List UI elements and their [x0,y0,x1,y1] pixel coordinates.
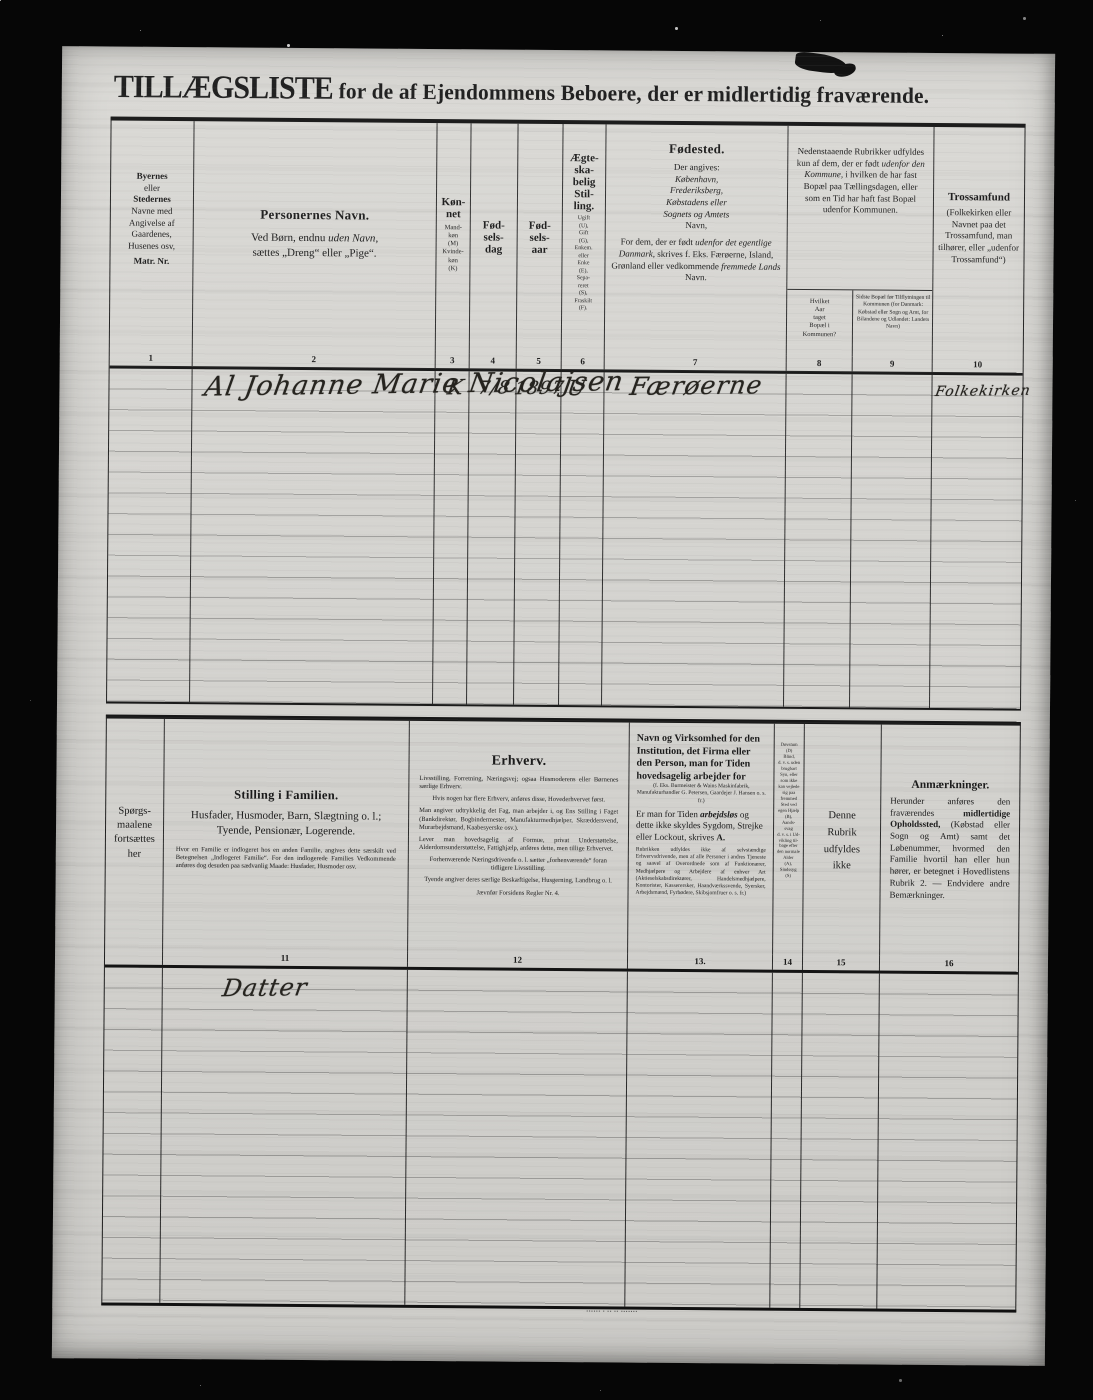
col12-paragraph: Jævnfør Forsidens Regler Nr. 4. [418,889,617,899]
col-header-erhverv: Erhverv. Livsstilling, Forretning, Nærin… [408,721,630,954]
table1-data-area [107,369,1023,709]
col1-line: Stedernes [115,194,189,206]
scanner-dust-specks [0,0,1,1]
col7-sub: For dem, der er født [621,237,696,248]
col5-head: Fød- sels- aar [518,220,562,256]
col12-paragraph: Tyende angiver deres særlige Beskæftigel… [419,876,618,886]
census-form-sheet: TILLÆGSLISTE for de af Ejendommens Beboe… [52,46,1055,1366]
table1-col6-cells [559,372,605,705]
table2-col16-cells [877,974,1018,1310]
col7-sub-italic: fremmede Lands [721,261,780,271]
col-number-7: 7 [605,354,787,370]
printer-mark: ▪▪▪▪▪▪ ▪ ▪▪ ▪▪ ▪▪▪▪▪▪▪ [472,1307,752,1314]
col12-paragraph: Hvis nogen har flere Erhverv, anføres di… [419,795,618,805]
col-number-3: 3 [436,353,470,368]
col12-head: Erhverv. [420,753,619,771]
col7-sub: Navn, [610,220,783,233]
col-header-aar-taget-bopael: Hvilket Aar taget Bopæl i Kommunen? [787,290,854,357]
col-number-9: 9 [853,356,933,372]
col1-line: Navne med Angivelse af Gaardenes, Husene… [115,206,189,253]
col2-sub: , [375,233,378,245]
table1-col10-cells [930,375,1023,709]
col11-fine-print: Hvor en Familie er indlogeret hos en and… [168,846,404,872]
col16-body: (Købstad eller Sogn og Amt) samt det Løb… [889,819,1010,899]
table2-col11-cells [160,968,408,1305]
col-number-8: 8 [787,356,853,372]
col10-sub: (Folkekirken eller Navnet paa det Trossa… [937,207,1019,266]
col-header-group-8-9: Nedenstaaende Rubrikker udfyldes kun af … [787,126,935,357]
col12-paragraph: Forhenværende Næringsdrivende o. l. sætt… [419,856,618,874]
col-number-16: 16 [880,956,1018,972]
table2-col13-cells [625,972,773,1308]
page-title-emphasis: midlertidig fraværende. [707,81,929,109]
col12-paragraph: Man angiver udtrykkelig det Fag, man arb… [419,807,618,833]
col-header-udfyldes-ikke: Denne Rubrik udfyldes ikke [803,724,882,956]
table1-col8-cells [784,374,853,708]
col-number-15: 15 [803,955,880,971]
table-persons-lower: Spørgs- maalene fortsættes her Stilling … [101,714,1021,1312]
table2-header-row: Spørgs- maalene fortsættes her Stilling … [105,718,1020,956]
col-number-4: 4 [470,353,517,368]
page-title: TILLÆGSLISTE for de af Ejendommens Beboe… [114,69,999,112]
col2-head: Personernes Navn. [198,206,432,224]
col-number-12: 12 [408,952,628,969]
col-header-trossamfund: Trossamfund (Folkekirken eller Navnet pa… [933,127,1025,358]
table1-header-row: Byernes eller Stedernes Navne med Angive… [110,121,1025,358]
handwritten-birth-year: 1897 [513,378,566,400]
col-header-foedselsaar: Fød- sels- aar [517,124,564,354]
handwritten-sex: K [446,375,467,399]
col14-micro-text: Døvstum (D) Blind, d. v. s. uden brugbar… [774,742,804,880]
col1-line: Byernes [115,171,189,183]
col4-head: Fød- sels- dag [471,219,517,255]
table1-col1-cells [107,369,193,703]
col-number-1: 1 [110,351,193,367]
col-number-2: 2 [193,351,436,368]
table1-col2-cells [190,369,436,704]
col-header-handicap-koder: Døvstum (D) Blind, d. v. s. uden brugbar… [773,724,805,955]
col-number-11: 11 [163,950,408,967]
col3-sub: Mand- køn (M) Kvinde- køn (K) [436,224,469,273]
col6-sub: Ugift (U), Gift (G), Enkem. eller Enke (… [562,215,605,313]
col12-paragraph: Livsstilling, Forretning, Næringsvej; og… [419,775,618,793]
col6-head: Ægte- ska- belig Stil- ling. [563,152,605,212]
col-header-sidste-bopael: Sidste Bopæl før Tilflytningen til Kommu… [853,290,934,357]
col-header-foedested: Fødested. Der angives: København, Freder… [605,124,789,355]
table2-col15-cells [800,973,880,1309]
handwritten-birth-day: 7/8 [477,377,513,398]
handwritten-position-in-family: Datter [220,973,309,1002]
col13-fine-print: (f. Eks. Burmeister & Wains Maskinfabrik… [636,783,766,806]
table1-col3-cells [433,371,470,704]
col1-line: Matr. Nr. [114,255,188,267]
col2-sub: Ved Børn, endnu [251,232,328,245]
col13-text-italic: arbejdsløs [700,809,738,819]
handwritten-denomination: Folkekirken [934,383,1032,400]
col7-head: Fødested. [610,140,783,157]
col-header-stilling-i-familien: Stilling i Familien. Husfader, Husmoder,… [163,719,410,952]
table1-col7-cells [602,372,787,706]
col-number-blank [105,949,163,964]
table2-data-area [102,967,1018,1309]
handwritten-birthplace: Færøerne [628,370,765,401]
col2-sub: sættes „Dreng“ eller „Pige“. [197,245,431,262]
col13-text: Er man for Tiden [636,808,700,819]
col3-head: Køn- net [437,196,470,220]
table-persons-upper: Byernes eller Stedernes Navne med Angive… [106,117,1026,711]
handwritten-marital-status: U [566,376,589,400]
table2-side-cells [102,967,163,1302]
table1-col9-cells [850,374,933,708]
col-number-14: 14 [773,955,803,970]
col-header-matr-nr: Byernes eller Stedernes Navne med Angive… [110,121,195,352]
col12-paragraph: Lever man hovedsagelig af Formue, privat… [419,836,618,854]
col-header-aegteskabelig-stilling: Ægte- ska- belig Stil- ling. Ugift (U), … [562,124,607,354]
table1-col4-cells [467,371,517,704]
col10-head: Trossamfund [938,191,1020,204]
col11-head: Stilling i Familien. [168,787,404,804]
col-header-anmaerkninger: Anmærkninger. Herunder anføres den fravæ… [880,725,1020,957]
table1-col5-cells [514,372,562,705]
col1-line: eller [115,182,189,194]
col-header-foedselsdag: Fød- sels- dag [470,123,519,353]
page-title-middle: for de af Ejendommens Beboere, der er [339,78,704,107]
col-number-10: 10 [933,357,1023,373]
col13-fine-print: Rubrikken udfyldes ikke af selvstændige … [635,847,765,899]
col89-group-note: Nedenstaaende Rubrikker udfyldes kun af … [787,126,933,290]
col-number-13: 13. [628,954,773,970]
col13-lead: Navn og Virksomhed for den Institution, … [636,733,766,784]
col-header-koennet: Køn- net Mand- køn (M) Kvinde- køn (K) [436,123,472,353]
col15-text: Denne Rubrik udfyldes ikke [804,808,881,876]
col-header-continuation-note: Spørgs- maalene fortsættes her [105,718,165,949]
col7-sub: Navn. [685,272,707,282]
table2-col12-cells [405,970,628,1307]
col11-sub: Husfader, Husmoder, Barn, Slægtning o. l… [168,808,404,840]
table2-col14-cells [770,973,803,1308]
col13-text-bold: A. [716,832,725,842]
col-header-personernes-navn: Personernes Navn. Ved Børn, endnu uden N… [193,121,438,353]
col-header-arbejdsgiver: Navn og Virksomhed for den Institution, … [628,723,775,955]
col7-sub-italic: København, Frederiksberg, Købstadens ell… [610,173,783,221]
page-title-lead: TILLÆGSLISTE [114,68,333,108]
col16-head: Anmærkninger. [890,779,1010,792]
col2-sub-italic: uden Navn [328,232,375,244]
